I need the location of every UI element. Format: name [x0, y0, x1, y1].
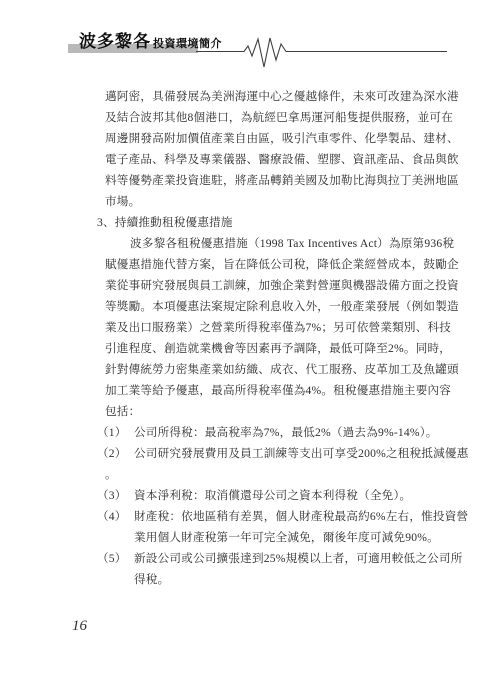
text-line: 財產稅：依地區稍有差異，個人財產稅最高約6%左右，惟投資營 — [134, 506, 480, 527]
page-number: 16 — [72, 618, 87, 635]
document-body: 邁阿密，具備發展為美洲海運中心之優越條件，未來可改建為深水港及結合波邦其他8個港… — [0, 86, 480, 590]
text-line: 電子產品、科學及專業儀器、醫療設備、塑膠、資訊產品、食品與飲 — [105, 149, 455, 170]
list-item: （4）財產稅：依地區稍有差異，個人財產稅最高約6%左右，惟投資營業用個人財產稅第… — [97, 506, 480, 548]
text-line: 料等優勢產業投資進駐，將產品轉銷美國及加勒比海與拉丁美洲地區 — [105, 170, 455, 191]
list-item: （2）公司研究發展費用及員工訓練等支出可享受200%之租稅抵減優惠。 — [97, 443, 480, 485]
text-line: 得稅。 — [134, 569, 480, 590]
paragraph-tax-incentives: 波多黎各租稅優惠措施（1998 Tax Incentives Act）為原第93… — [105, 233, 455, 422]
text-line: 業及出口服務業）之營業所得稅率僅為7%；另可依營業類別、科技 — [105, 317, 455, 338]
page-title: 波多黎各 投資環境簡介 — [79, 33, 222, 50]
list-item: （5）新設公司或公司擴張達到25%規模以上者，可適用較低之公司所得稅。 — [97, 548, 480, 590]
text-line: 包括： — [105, 401, 455, 422]
text-line: 業用個人財產稅第一年可完全減免，爾後年度可減免90%。 — [134, 527, 480, 548]
heartbeat-rule-icon — [196, 34, 447, 70]
list-item-marker: （5） — [97, 548, 134, 590]
text-line: 及結合波邦其他8個港口，為航經巴拿馬運河船隻提供服務，並可在 — [105, 107, 455, 128]
list-item-text: 新設公司或公司擴張達到25%規模以上者，可適用較低之公司所得稅。 — [134, 548, 480, 590]
text-line: 賦優惠措施代替方案，旨在降低公司稅，降低企業經營成本，鼓勵企 — [105, 254, 455, 275]
tax-incentives-list: （1）公司所得稅：最高稅率為7%，最低2%（過去為9%-14%）。（2）公司研究… — [0, 422, 480, 590]
text-line: 新設公司或公司擴張達到25%規模以上者，可適用較低之公司所 — [134, 548, 480, 569]
text-line: 波多黎各租稅優惠措施（1998 Tax Incentives Act）為原第93… — [105, 233, 455, 254]
page-title-main: 波多黎各 — [79, 33, 151, 50]
text-line: 針對傳統勞力密集產業如紡織、成衣、代工服務、皮革加工及魚罐頭 — [105, 359, 455, 380]
list-item-marker: （4） — [97, 506, 134, 548]
page-title-sub: 投資環境簡介 — [153, 39, 222, 50]
text-line: 公司研究發展費用及員工訓練等支出可享受200%之租稅抵減優惠 — [134, 443, 480, 464]
list-item-text: 資本淨利稅：取消償還母公司之資本利得稅（全免）。 — [134, 485, 480, 506]
text-line: 市場。 — [105, 191, 455, 212]
text-line: 等獎勵。本項優惠法案規定除利息收入外，一般產業發展（例如製造 — [105, 296, 455, 317]
text-line: 業從事研究發展與員工訓練，加強企業對營運與機器設備方面之投資 — [105, 275, 455, 296]
list-item-marker: （3） — [97, 485, 134, 506]
document-page: 波多黎各 投資環境簡介 邁阿密，具備發展為美洲海運中心之優越條件，未來可改建為深… — [0, 0, 480, 679]
text-line: 加工業等給予優惠，最高所得稅率僅為4%。租稅優惠措施主要內容 — [105, 380, 455, 401]
list-item: （3）資本淨利稅：取消償還母公司之資本利得稅（全免）。 — [97, 485, 480, 506]
list-item-text: 財產稅：依地區稍有差異，個人財產稅最高約6%左右，惟投資營業用個人財產稅第一年可… — [134, 506, 480, 548]
list-item-marker: （1） — [97, 422, 134, 443]
list-item-text: 公司研究發展費用及員工訓練等支出可享受200%之租稅抵減優惠。 — [134, 443, 480, 485]
list-item: （1）公司所得稅：最高稅率為7%，最低2%（過去為9%-14%）。 — [97, 422, 480, 443]
list-item-text: 公司所得稅：最高稅率為7%，最低2%（過去為9%-14%）。 — [134, 422, 480, 443]
paragraph-seaport: 邁阿密，具備發展為美洲海運中心之優越條件，未來可改建為深水港及結合波邦其他8個港… — [105, 86, 455, 212]
text-line: 周邊開發高附加價值產業自由區，吸引汽車零件、化學製品、建材、 — [105, 128, 455, 149]
text-line: 資本淨利稅：取消償還母公司之資本利得稅（全免）。 — [134, 485, 480, 506]
text-line: 公司所得稅：最高稅率為7%，最低2%（過去為9%-14%）。 — [134, 422, 480, 443]
text-line: 邁阿密，具備發展為美洲海運中心之優越條件，未來可改建為深水港 — [105, 86, 455, 107]
section-heading: 3、持續推動租稅優惠措施 — [97, 212, 480, 233]
text-line: 引進程度、創造就業機會等因素再予調降，最低可降至2%。同時， — [105, 338, 455, 359]
text-line: 。 — [105, 464, 480, 485]
